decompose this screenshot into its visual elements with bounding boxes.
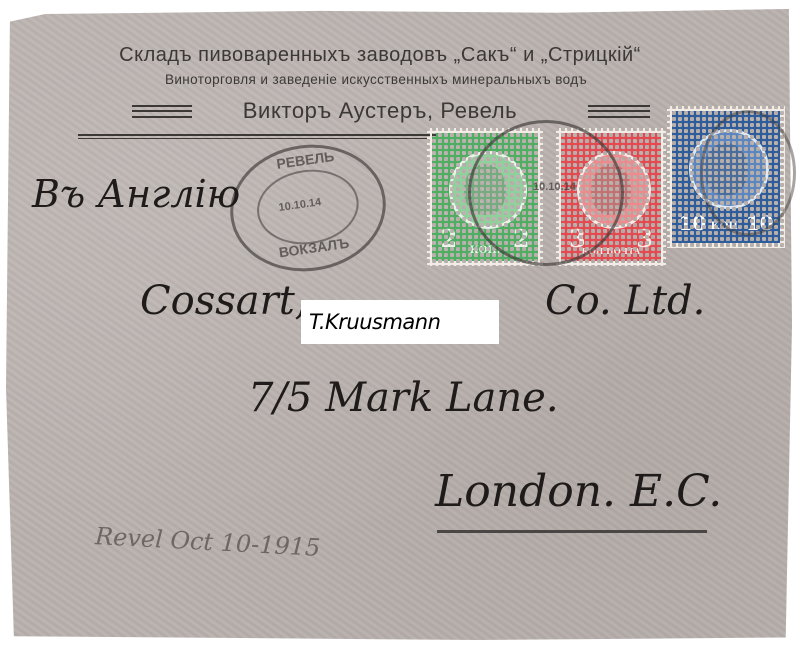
city-underline (437, 530, 707, 533)
address-line-street: 7/5 Mark Lane. (248, 375, 559, 421)
letterhead-line-1: Складъ пивоваренныхъ заводовъ „Сакъ“ и „… (0, 44, 780, 67)
address-line-company-end: Co. Ltd. (545, 278, 705, 324)
address-line-country: Въ Англію (32, 172, 240, 216)
address-line-company-start: Cossart, (140, 278, 308, 324)
letterhead-line-3: Викторъ Аустеръ, Ревель (0, 98, 780, 124)
stamp-cancel-postmark: 10.10.14 (468, 120, 624, 266)
letterhead-rule-left (132, 105, 192, 118)
watermark-label: T.Kruusmann (301, 300, 499, 344)
blue-stamp-cancel-postmark (700, 110, 796, 236)
letterhead-rule-right (588, 105, 650, 118)
watermark-text: T.Kruusmann (309, 310, 440, 334)
letterhead-underline (78, 134, 438, 136)
address-line-city: London. E.C. (435, 466, 722, 517)
letterhead-line-2: Виноторговля и заведеніе искусственныхъ … (0, 72, 776, 87)
